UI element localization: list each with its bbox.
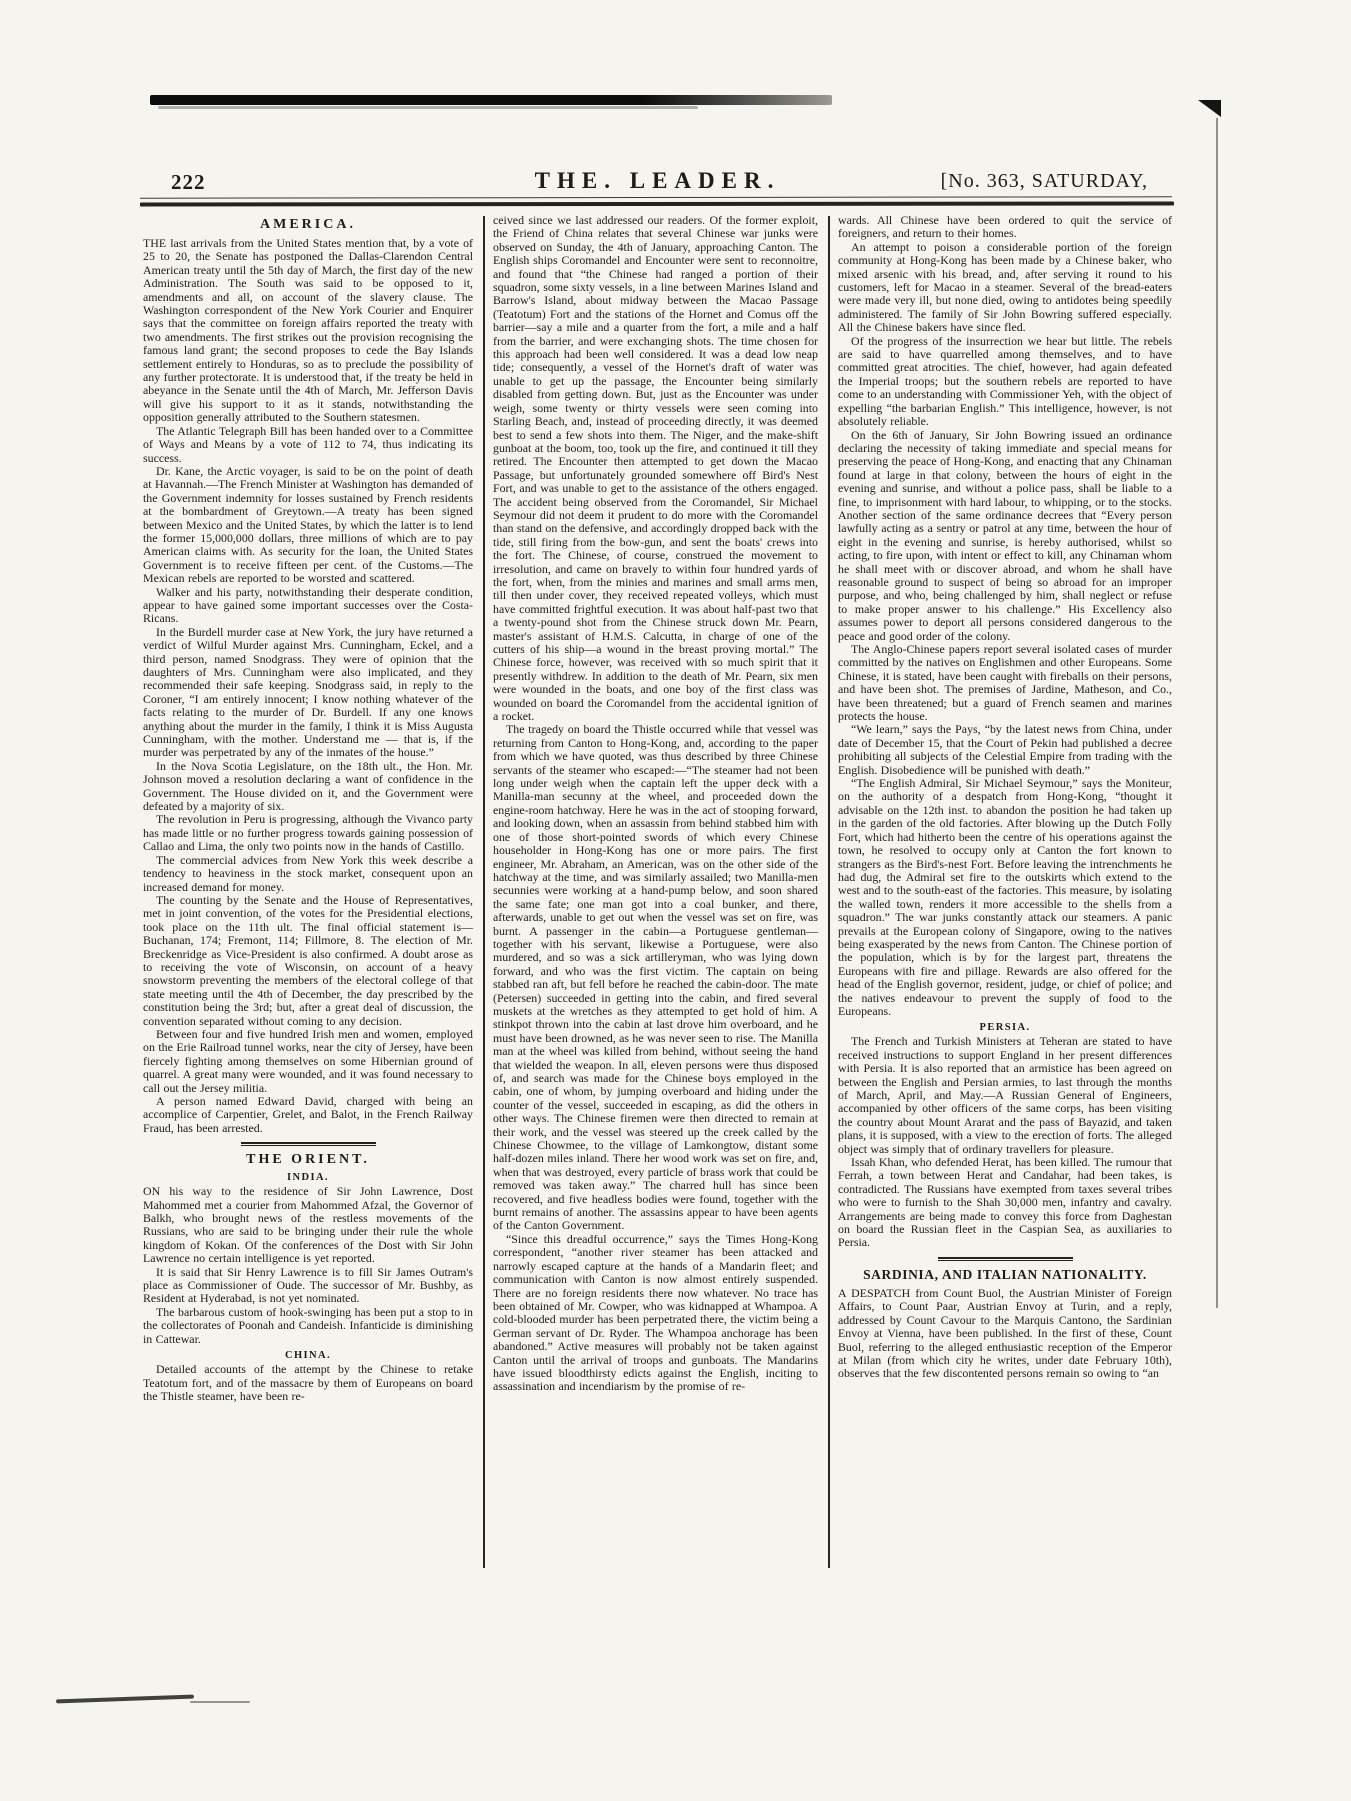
scan-smudge [56, 1695, 194, 1704]
section-heading: AMERICA. [143, 217, 473, 233]
section-subheading: CHINA. [143, 1350, 473, 1361]
paragraph: In the Burdell murder case at New York, … [143, 626, 473, 760]
paragraph: In the Nova Scotia Legislature, on the 1… [143, 760, 473, 814]
section-divider [241, 1142, 376, 1146]
paragraph: wards. All Chinese have been ordered to … [838, 214, 1172, 241]
paragraph: The Atlantic Telegraph Bill has been han… [143, 425, 473, 465]
column-divider-2 [828, 216, 830, 1568]
paragraph: A person named Edward David, charged wit… [143, 1095, 473, 1135]
scan-smudge-tail [190, 1701, 250, 1703]
paragraph: “We learn,” says the Pays, “by the lates… [838, 723, 1172, 777]
page-edge-line [1216, 118, 1218, 1308]
section-divider [938, 1257, 1073, 1261]
paragraph: The revolution in Peru is progressing, a… [143, 813, 473, 853]
paragraph: The commercial advices from New York thi… [143, 854, 473, 894]
scan-artifact-band [150, 95, 832, 105]
paragraph: THE last arrivals from the United States… [143, 237, 473, 425]
paragraph: The French and Turkish Ministers at Tehe… [838, 1035, 1172, 1156]
scan-corner-mark [1198, 100, 1221, 117]
paragraph: Detailed accounts of the attempt by the … [143, 1363, 473, 1403]
paragraph: “Since this dreadful occurrence,” says t… [493, 1233, 818, 1394]
column-1: AMERICA.THE last arrivals from the Unite… [143, 214, 473, 1403]
section-subheading: PERSIA. [838, 1022, 1172, 1033]
section-heading: THE ORIENT. [143, 1152, 473, 1168]
paragraph: A DESPATCH from Count Buol, the Austrian… [838, 1287, 1172, 1381]
paragraph: Of the progress of the insurrection we h… [838, 335, 1172, 429]
column-3: wards. All Chinese have been ordered to … [838, 214, 1172, 1381]
paragraph: “The English Admiral, Sir Michael Seymou… [838, 777, 1172, 1018]
scan-artifact-band-tail [158, 106, 698, 109]
newspaper-page: 222 THE. LEADER. [No. 363, SATURDAY, AME… [0, 0, 1351, 1801]
page-header: 222 THE. LEADER. [No. 363, SATURDAY, [143, 166, 1172, 200]
paragraph: The tragedy on board the Thistle occurre… [493, 723, 818, 1232]
paragraph: Dr. Kane, the Arctic voyager, is said to… [143, 465, 473, 586]
header-rule-thick [140, 201, 1174, 206]
paragraph: Between four and five hundred Irish men … [143, 1028, 473, 1095]
paragraph: Walker and his party, notwithstanding th… [143, 586, 473, 626]
section-subheading: INDIA. [143, 1172, 473, 1183]
section-heading: SARDINIA, AND ITALIAN NATIONALITY. [838, 1267, 1172, 1283]
paragraph: It is said that Sir Henry Lawrence is to… [143, 1266, 473, 1306]
paragraph: On the 6th of January, Sir John Bowring … [838, 429, 1172, 644]
paragraph: Issah Khan, who defended Herat, has been… [838, 1156, 1172, 1250]
paragraph: The barbarous custom of hook-swinging ha… [143, 1306, 473, 1346]
paragraph: The counting by the Senate and the House… [143, 894, 473, 1028]
paragraph: An attempt to poison a considerable port… [838, 241, 1172, 335]
column-2: ceived since we last addressed our reade… [493, 214, 818, 1394]
paragraph: The Anglo-Chinese papers report several … [838, 643, 1172, 723]
paragraph: ceived since we last addressed our reade… [493, 214, 818, 723]
column-divider-1 [483, 216, 485, 1568]
paragraph: ON his way to the residence of Sir John … [143, 1185, 473, 1265]
issue-info: [No. 363, SATURDAY, [941, 170, 1148, 193]
